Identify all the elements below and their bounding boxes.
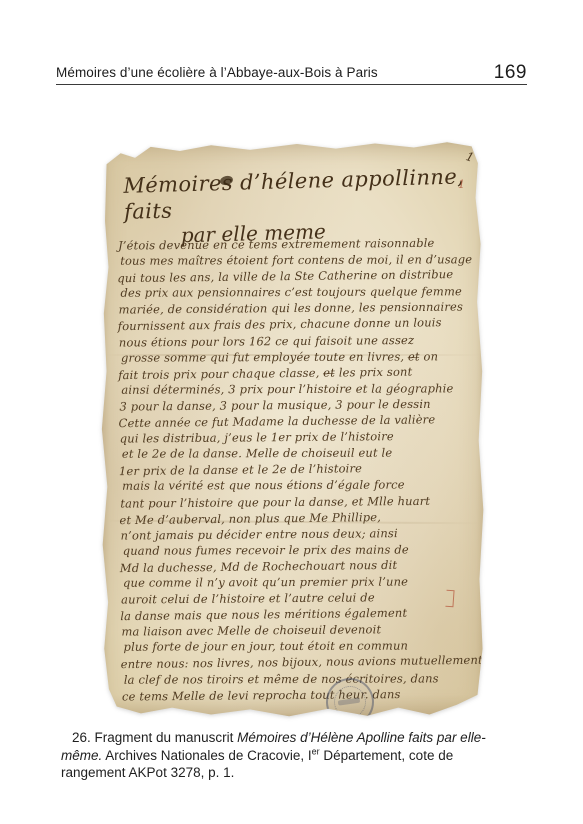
caption-superscript: er [312, 746, 320, 756]
manuscript-line: que comme il n’y avoit qu’un premier pri… [123, 573, 479, 591]
red-bracket-mark [445, 590, 454, 608]
header-rule [56, 84, 527, 85]
figure-caption: 26. Fragment du manuscrit Mémoires d’Hél… [61, 729, 517, 782]
running-header: Mémoires d’une écolière à l’Abbaye-aux-B… [56, 60, 527, 82]
manuscript-line: la clef de nos tiroirs et même de nos éc… [124, 670, 480, 688]
book-page: Mémoires d’une écolière à l’Abbaye-aux-B… [0, 0, 583, 824]
folio-mark: 1 [464, 149, 476, 165]
manuscript-line: mais la vérité est que nous étions d’éga… [122, 477, 478, 495]
manuscript-line: ainsi déterminés, 3 prix pour l’histoire… [121, 380, 477, 398]
manuscript-line: ce tems Melle de levi reprocha tout heur… [122, 685, 478, 704]
caption-number-text: 26. Fragment du manuscrit [72, 730, 237, 745]
archivist-page-mark: 1 [458, 178, 465, 191]
manuscript-photo: Mémoires d’hélene appollinne, faits par … [98, 140, 488, 718]
manuscript-paper: Mémoires d’hélene appollinne, faits par … [98, 140, 488, 718]
running-header-title: Mémoires d’une écolière à l’Abbaye-aux-B… [56, 64, 378, 82]
caption-archive-text: Archives Nationales de Cracovie, I [102, 748, 311, 763]
manuscript-line: des prix aux pensionnaires c’est toujour… [120, 283, 476, 301]
page-number: 169 [494, 63, 527, 82]
manuscript-line: nous étions pour lors 162 ce qui faisoit… [119, 331, 475, 350]
manuscript-body: J’étois devenue en ce tems extremement r… [118, 234, 478, 704]
